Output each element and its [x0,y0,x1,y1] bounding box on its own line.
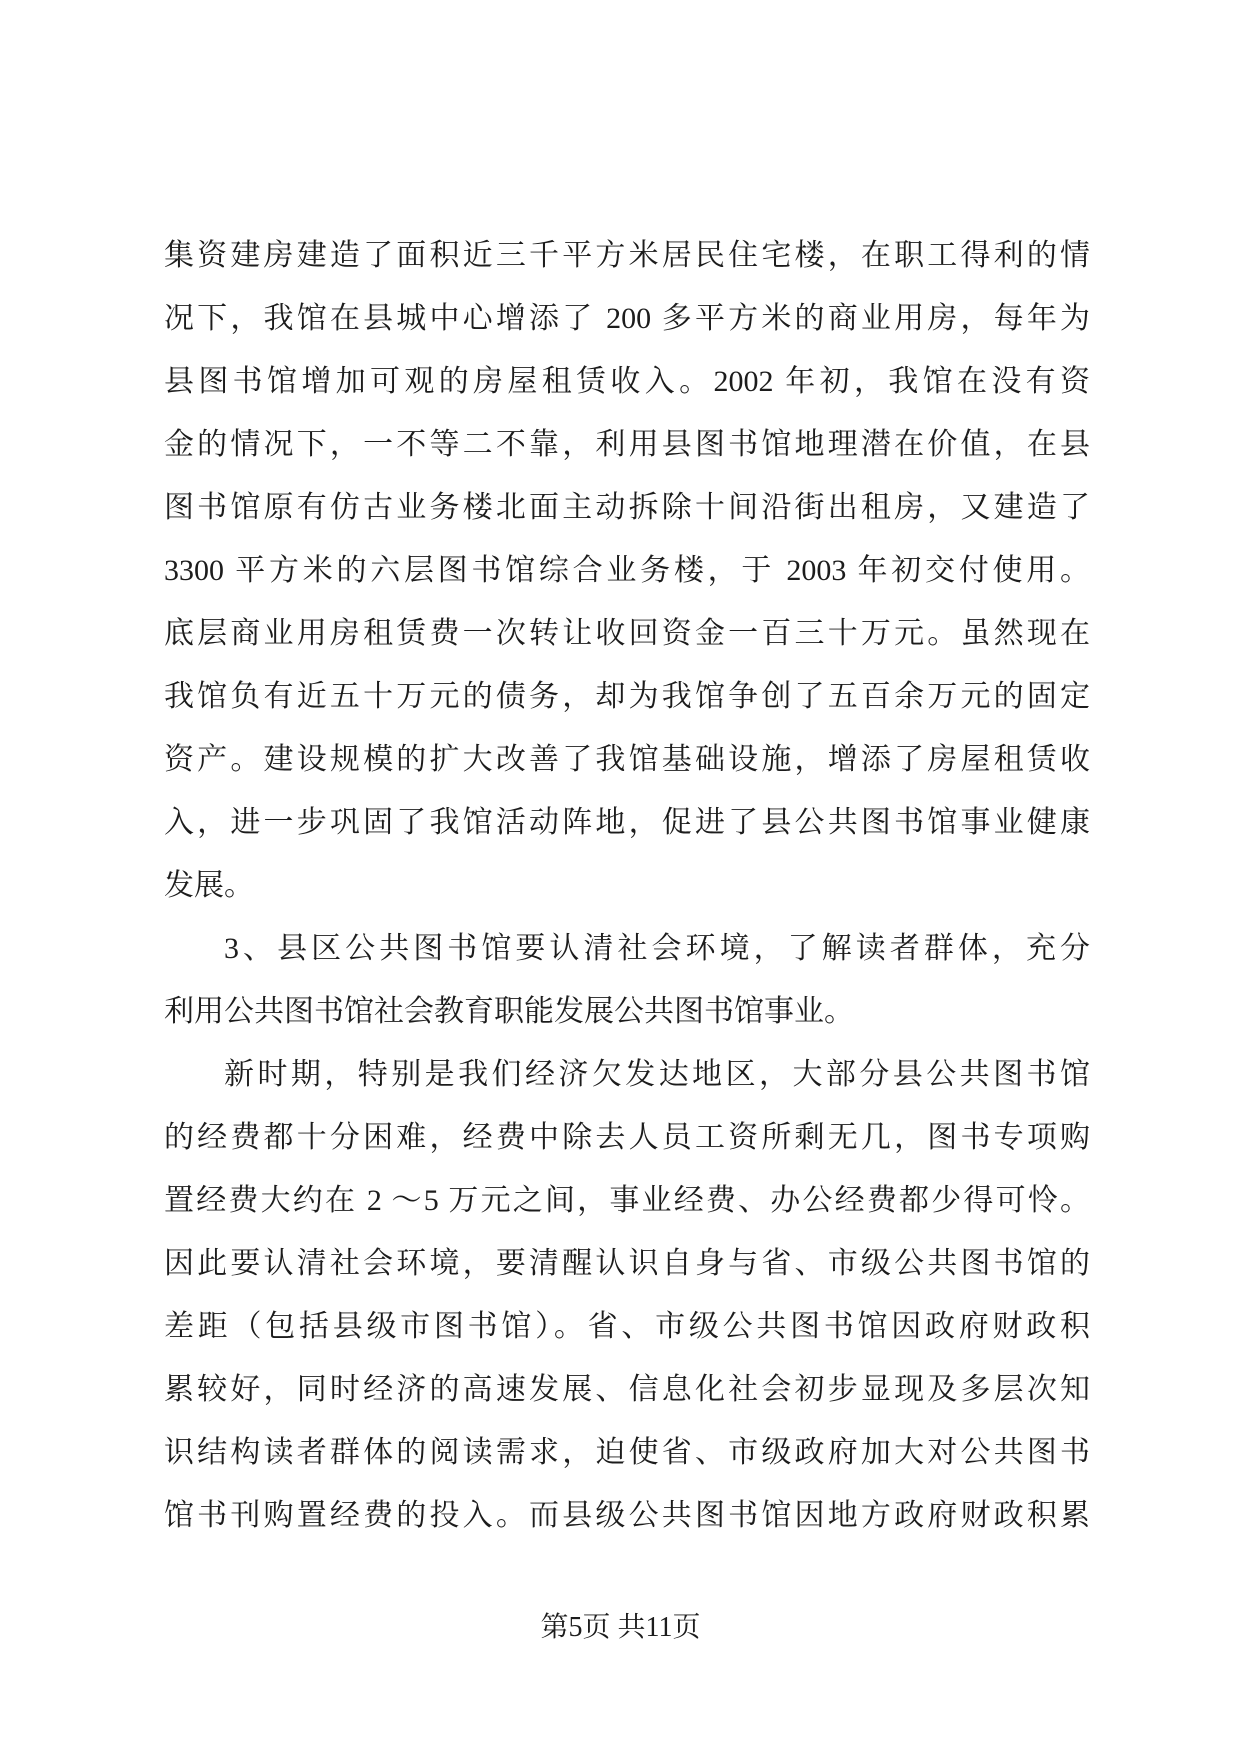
text-line: 3300 平方米的六层图书馆综合业务楼，于 2003 年初交付使用。 [164,539,1090,602]
page-number-label: 第5页 共11页 [541,1612,701,1643]
text-line: 底层商业用房租赁费一次转让收回资金一百三十万元。虽然现在 [164,602,1090,665]
text-line: 馆书刊购置经费的投入。而县级公共图书馆因地方政府财政积累 [164,1484,1090,1547]
text-line: 新时期，特别是我们经济欠发达地区，大部分县公共图书馆 [164,1043,1090,1106]
paragraph: 3、县区公共图书馆要认清社会环境，了解读者群体，充分利用公共图书馆社会教育职能发… [164,917,1090,1043]
text-line: 图书馆原有仿古业务楼北面主动拆除十间沿街出租房，又建造了 [164,476,1090,539]
text-line: 识结构读者群体的阅读需求，迫使省、市级政府加大对公共图书 [164,1421,1090,1484]
paragraph: 新时期，特别是我们经济欠发达地区，大部分县公共图书馆的经费都十分困难，经费中除去… [164,1043,1090,1547]
text-line: 置经费大约在 2 ～5 万元之间，事业经费、办公经费都少得可怜。 [164,1169,1090,1232]
paragraph: 集资建房建造了面积近三千平方米居民住宅楼，在职工得利的情况下，我馆在县城中心增添… [164,224,1090,917]
text-line: 利用公共图书馆社会教育职能发展公共图书馆事业。 [164,980,1090,1043]
text-line: 况下，我馆在县城中心增添了 200 多平方米的商业用房，每年为 [164,287,1090,350]
text-line: 3、县区公共图书馆要认清社会环境，了解读者群体，充分 [164,917,1090,980]
document-body: 集资建房建造了面积近三千平方米居民住宅楼，在职工得利的情况下，我馆在县城中心增添… [164,224,1090,1547]
page-footer: 第5页 共11页 [0,1606,1241,1650]
text-line: 因此要认清社会环境，要清醒认识自身与省、市级公共图书馆的 [164,1232,1090,1295]
document-page: 集资建房建造了面积近三千平方米居民住宅楼，在职工得利的情况下，我馆在县城中心增添… [0,0,1241,1754]
text-line: 资产。建设规模的扩大改善了我馆基础设施，增添了房屋租赁收 [164,728,1090,791]
text-line: 入，进一步巩固了我馆活动阵地，促进了县公共图书馆事业健康 [164,791,1090,854]
text-line: 县图书馆增加可观的房屋租赁收入。2002 年初，我馆在没有资 [164,350,1090,413]
text-line: 累较好，同时经济的高速发展、信息化社会初步显现及多层次知 [164,1358,1090,1421]
text-line: 集资建房建造了面积近三千平方米居民住宅楼，在职工得利的情 [164,224,1090,287]
text-line: 差距（包括县级市图书馆）。省、市级公共图书馆因政府财政积 [164,1295,1090,1358]
text-line: 的经费都十分困难，经费中除去人员工资所剩无几，图书专项购 [164,1106,1090,1169]
text-line: 我馆负有近五十万元的债务，却为我馆争创了五百余万元的固定 [164,665,1090,728]
text-line: 发展。 [164,854,1090,917]
text-line: 金的情况下，一不等二不靠，利用县图书馆地理潜在价值，在县 [164,413,1090,476]
